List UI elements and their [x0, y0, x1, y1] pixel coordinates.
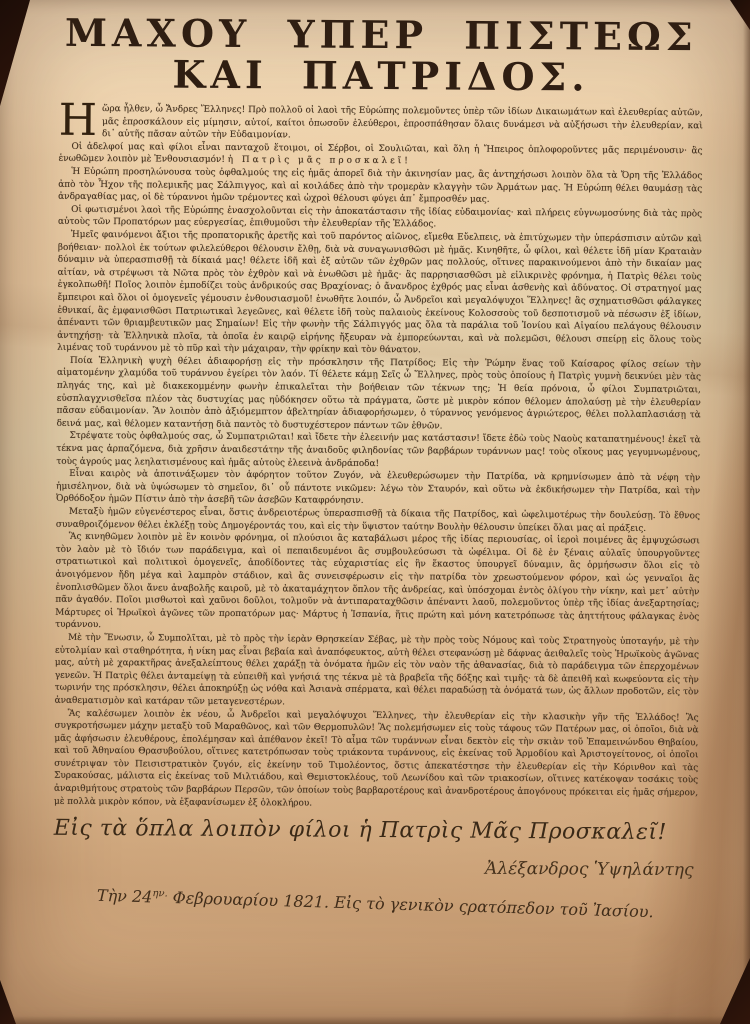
proclamation-paragraph-1: Ηὥρα ἦλθεν, ὦ Ἄνδρες Ἕλληνες! Πρὸ πολλοῦ… — [59, 103, 703, 145]
paragraph-2-emphasis: ἡ Πατρὶς μᾶς προσκαλεῖ! — [228, 155, 411, 166]
paper-edge-shadow-right — [743, 0, 750, 1024]
proclamation-paragraph-11: Μὲ τὴν Ἕνωσιν, ὦ Συμπολῖται, μὲ τὸ πρὸς … — [55, 632, 700, 712]
proclamation-paragraph-7: Στρέψατε τοὺς ὀφθαλμούς σας, ὦ Συμπατριῶ… — [56, 430, 700, 472]
proclamation-paragraph-10: Ἂς κινηθῶμεν λοιπὸν μὲ ἓν κοινὸν φρόνημα… — [55, 531, 700, 636]
signature-ypsilantis: Ἀλέξανδρος Ὑψηλάντης — [53, 856, 697, 880]
proclamation-paragraph-6: Ποία Ἑλληνικὴ ψυχὴ θέλει ἀδιαφορήσῃ εἰς … — [57, 355, 702, 435]
drop-cap-eta: Η — [59, 103, 103, 138]
proclamation-paragraph-8: Εἶναι καιρὸς νὰ ἀποτινάξωμεν τὸν ἀφόρητο… — [56, 468, 700, 510]
proclamation-body: Ηὥρα ἦλθεν, ὦ Ἄνδρες Ἕλληνες! Πρὸ πολλοῦ… — [54, 103, 703, 813]
proclamation-page: ΜΑΧΟΥ ΥΠΕΡ ΠΙΣΤΕΩΣ ΚΑΙ ΠΑΤΡΙΔΟΣ. Ηὥρα ἦλ… — [0, 0, 750, 1024]
dateline-rest: Φεβρουαρίου 1821. Εἰς τὸ γενικὸν ςρατόπε… — [167, 888, 654, 921]
proclamation-paragraph-3: Ἡ Εὐρώπη προσηλώνουσα τοὺς ὀφθαλμούς της… — [58, 166, 702, 208]
proclamation-photo: ΜΑΧΟΥ ΥΠΕΡ ΠΙΣΤΕΩΣ ΚΑΙ ΠΑΤΡΙΔΟΣ. Ηὥρα ἦλ… — [0, 0, 750, 1024]
proclamation-paragraph-12: Ἂς καλέσωμεν λοιπὸν ἐκ νέου, ὦ Ἀνδρεῖοι … — [54, 707, 699, 812]
paper-edge-shadow-bottom — [0, 1016, 750, 1024]
dateline: Τὴν 24ην. Φεβρουαρίου 1821. Εἰς τὸ γενικ… — [53, 885, 697, 923]
page-title: ΜΑΧΟΥ ΥΠΕΡ ΠΙΣΤΕΩΣ ΚΑΙ ΠΑΤΡΙΔΟΣ. — [59, 12, 704, 98]
dateline-day: Τὴν 24 — [97, 886, 153, 907]
page-title-line2: ΚΑΙ ΠΑΤΡΙΔΟΣ. — [59, 54, 703, 98]
paragraph-1-text: ὥρα ἦλθεν, ὦ Ἄνδρες Ἕλληνες! Πρὸ πολλοῦ … — [102, 104, 703, 141]
dateline-ordinal-superscript: ην. — [152, 888, 168, 899]
call-to-arms-line: Εἰς τὰ ὅπλα λοιπὸν φίλοι ἡ Πατρὶς Μᾶς Πρ… — [54, 815, 698, 846]
page-title-line1: ΜΑΧΟΥ ΥΠΕΡ ΠΙΣΤΕΩΣ — [59, 12, 703, 58]
proclamation-paragraph-5: Ἡμεῖς φαινόμενοι ἄξιοι τῆς προπατορικῆς … — [57, 229, 702, 359]
